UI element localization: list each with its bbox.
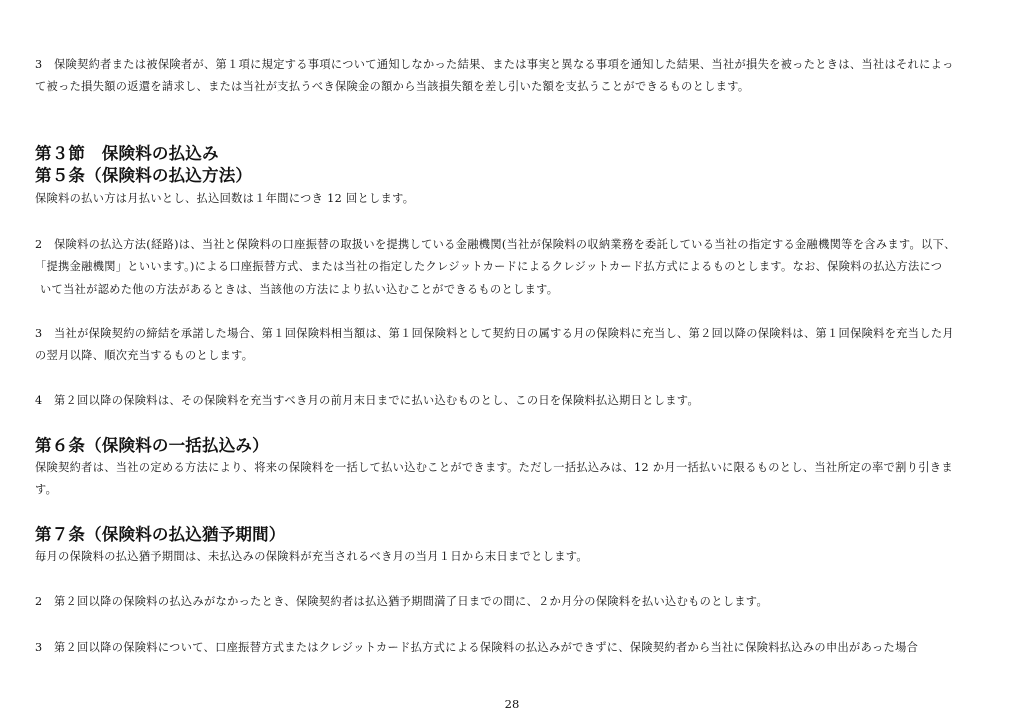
article-5-item-3-line: の翌月以降、順次充当するものとします。	[35, 348, 253, 364]
article-7-item-3: 3 第２回以降の保険料について、口座振替方式またはクレジットカード払方式による保…	[35, 640, 918, 656]
article-5-title: 第５条（保険料の払込方法）	[35, 166, 252, 186]
document-page: 3 保険契約者または被保険者が、第１項に規定する事項について通知しなかった結果、…	[0, 0, 1024, 726]
article-7-title: 第７条（保険料の払込猶予期間）	[35, 525, 286, 545]
page-number: 28	[0, 697, 1024, 711]
article-5-item-2-line: 「提携金融機関」といいます。)による口座振替方式、または当社の指定したクレジット…	[35, 259, 942, 275]
article-7-item-2: 2 第２回以降の保険料の払込みがなかったとき、保険契約者は払込猶予期間満了日まで…	[35, 594, 768, 610]
clause-paragraph-line: 3 保険契約者または被保険者が、第１項に規定する事項について通知しなかった結果、…	[35, 57, 954, 73]
clause-paragraph-line: て被った損失額の返還を請求し、または当社が支払うべき保険金の額から当該損失額を差…	[35, 79, 749, 95]
article-5-item-3-line: 3 当社が保険契約の締結を承諾した場合、第１回保険料相当額は、第１回保険料として…	[35, 326, 954, 342]
article-6-paragraph-line: す。	[35, 482, 57, 498]
article-5-item-2-line: 2 保険料の払込方法(経路)は、当社と保険料の口座振替の取扱いを提携している金融…	[35, 237, 956, 253]
section-title: 第３節 保険料の払込み	[35, 144, 219, 164]
article-6-title: 第６条（保険料の一括払込み）	[35, 436, 269, 456]
article-5-item-2-line: いて当社が認めた他の方法があるときは、当該他の方法により払い込むことができるもの…	[40, 282, 558, 298]
article-7-paragraph: 毎月の保険料の払込猶予期間は、未払込みの保険料が充当されるべき月の当月１日から末…	[35, 549, 588, 565]
article-6-paragraph-line: 保険契約者は、当社の定める方法により、将来の保険料を一括して払い込むことができま…	[35, 460, 953, 476]
article-5-item-4: 4 第２回以降の保険料は、その保険料を充当すべき月の前月末日までに払い込むものと…	[35, 393, 699, 409]
article-5-paragraph: 保険料の払い方は月払いとし、払込回数は１年間につき 12 回とします。	[35, 191, 414, 207]
